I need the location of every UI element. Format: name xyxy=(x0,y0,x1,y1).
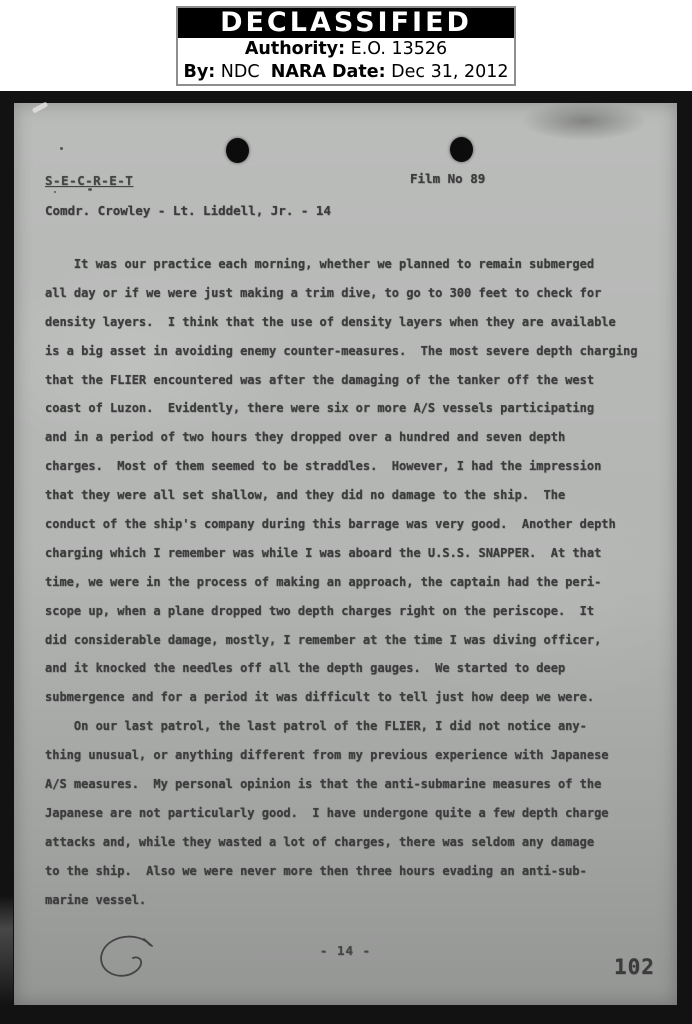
nara-date-value: Dec 31, 2012 xyxy=(386,62,509,82)
typed-line: It was our practice each morning, whethe… xyxy=(45,250,665,279)
by-label: By: xyxy=(183,62,215,82)
punch-hole-right xyxy=(450,137,473,162)
film-edge-artifact xyxy=(0,896,13,1006)
typed-line: did considerable damage, mostly, I remem… xyxy=(45,626,665,655)
scanned-page: S-E-C-R-E-T Film No 89 Comdr. Crowley - … xyxy=(14,103,677,1005)
typed-line: time, we were in the process of making a… xyxy=(45,568,665,597)
punch-hole-left xyxy=(226,138,249,163)
authority-line: Authority: E.O. 13526 xyxy=(178,38,514,61)
typed-line: charges. Most of them seemed to be strad… xyxy=(45,452,665,481)
by-value: NDC xyxy=(215,62,270,82)
typed-line: is a big asset in avoiding enemy counter… xyxy=(45,337,665,366)
microfilm-frame: S-E-C-R-E-T Film No 89 Comdr. Crowley - … xyxy=(0,91,692,1024)
ink-speck xyxy=(60,147,63,150)
authority-label: Authority: xyxy=(245,39,345,59)
typed-line: conduct of the ship's company during thi… xyxy=(45,510,665,539)
typed-line: that they were all set shallow, and they… xyxy=(45,481,665,510)
typed-line: thing unusual, or anything different fro… xyxy=(45,741,665,770)
typed-line: that the FLIER encountered was after the… xyxy=(45,366,665,395)
typed-line: marine vessel. xyxy=(45,886,665,915)
classification-marking: S-E-C-R-E-T xyxy=(45,173,133,188)
typed-line: all day or if we were just making a trim… xyxy=(45,279,665,308)
banner-area: DECLASSIFIED Authority: E.O. 13526 By: N… xyxy=(0,0,692,91)
typed-line: attacks and, while they wasted a lot of … xyxy=(45,828,665,857)
typed-line: Japanese are not particularly good. I ha… xyxy=(45,799,665,828)
paper-corner-notch xyxy=(32,102,48,114)
typed-line: scope up, when a plane dropped two depth… xyxy=(45,597,665,626)
page-header-row: S-E-C-R-E-T Film No 89 xyxy=(45,173,645,193)
film-number: Film No 89 xyxy=(410,171,485,186)
typed-line: and in a period of two hours they droppe… xyxy=(45,423,665,452)
typed-line: A/S measures. My personal opinion is tha… xyxy=(45,770,665,799)
typed-line: and it knocked the needles off all the d… xyxy=(45,654,665,683)
authority-value: E.O. 13526 xyxy=(345,39,447,59)
typed-line: coast of Luzon. Evidently, there were si… xyxy=(45,394,665,423)
typed-line: submergence and for a period it was diff… xyxy=(45,683,665,712)
typed-body: It was our practice each morning, whethe… xyxy=(45,250,665,914)
typed-line: density layers. I think that the use of … xyxy=(45,308,665,337)
handwritten-scribble xyxy=(92,931,162,986)
interview-byline: Comdr. Crowley - Lt. Liddell, Jr. - 14 xyxy=(45,203,331,218)
typed-line: to the ship. Also we were never more the… xyxy=(45,857,665,886)
typed-line: charging which I remember was while I wa… xyxy=(45,539,665,568)
typed-line: On our last patrol, the last patrol of t… xyxy=(45,712,665,741)
by-date-line: By: NDC NARA Date: Dec 31, 2012 xyxy=(178,61,514,84)
frame-number-stamp: 102 xyxy=(614,955,655,979)
declassified-title: DECLASSIFIED xyxy=(178,8,514,38)
declassified-banner: DECLASSIFIED Authority: E.O. 13526 By: N… xyxy=(176,6,516,86)
nara-date-label: NARA Date: xyxy=(271,62,386,82)
